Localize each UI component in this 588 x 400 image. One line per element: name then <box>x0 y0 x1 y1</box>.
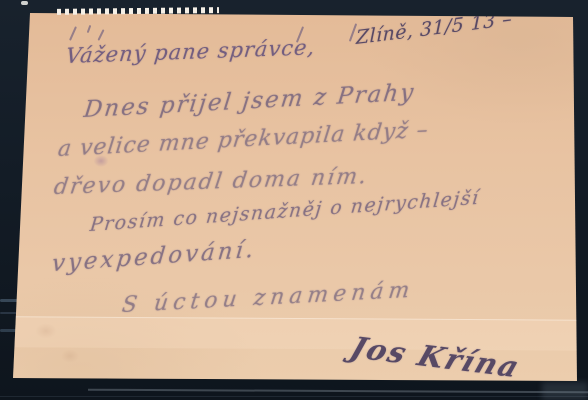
paper-speck <box>21 1 28 5</box>
postcard: Zlíně, 31/5 13 – Vážený pane správce, Dn… <box>0 0 588 400</box>
album-page: Zlíně, 31/5 13 – Vážený pane správce, Dn… <box>0 0 588 400</box>
page-corner-reflection <box>542 382 588 400</box>
page-edge-highlight <box>0 396 588 397</box>
perforation-remnants <box>57 7 219 15</box>
postcard-crease-band <box>13 317 577 350</box>
page-edge-highlight <box>88 389 588 394</box>
